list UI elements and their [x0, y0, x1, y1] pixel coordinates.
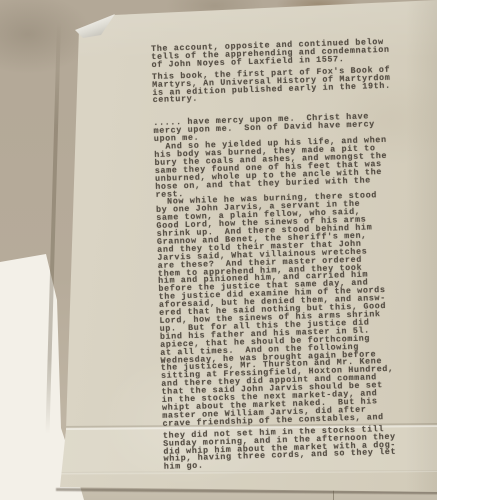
- photo-of-document: The account, opposite and continued belo…: [0, 0, 500, 500]
- paragraph: This book, the first part of Fox's Book …: [152, 66, 413, 106]
- paragraph: they did not set him in the stocks tillS…: [163, 425, 424, 472]
- surface-seam-line: [333, 490, 334, 500]
- typed-text: The account, opposite and continued belo…: [151, 38, 424, 472]
- typed-page: The account, opposite and continued belo…: [0, 0, 437, 500]
- paragraph: Now while he was burning, there stoodby …: [156, 191, 423, 428]
- photo-background-surface: The account, opposite and continued belo…: [0, 0, 437, 500]
